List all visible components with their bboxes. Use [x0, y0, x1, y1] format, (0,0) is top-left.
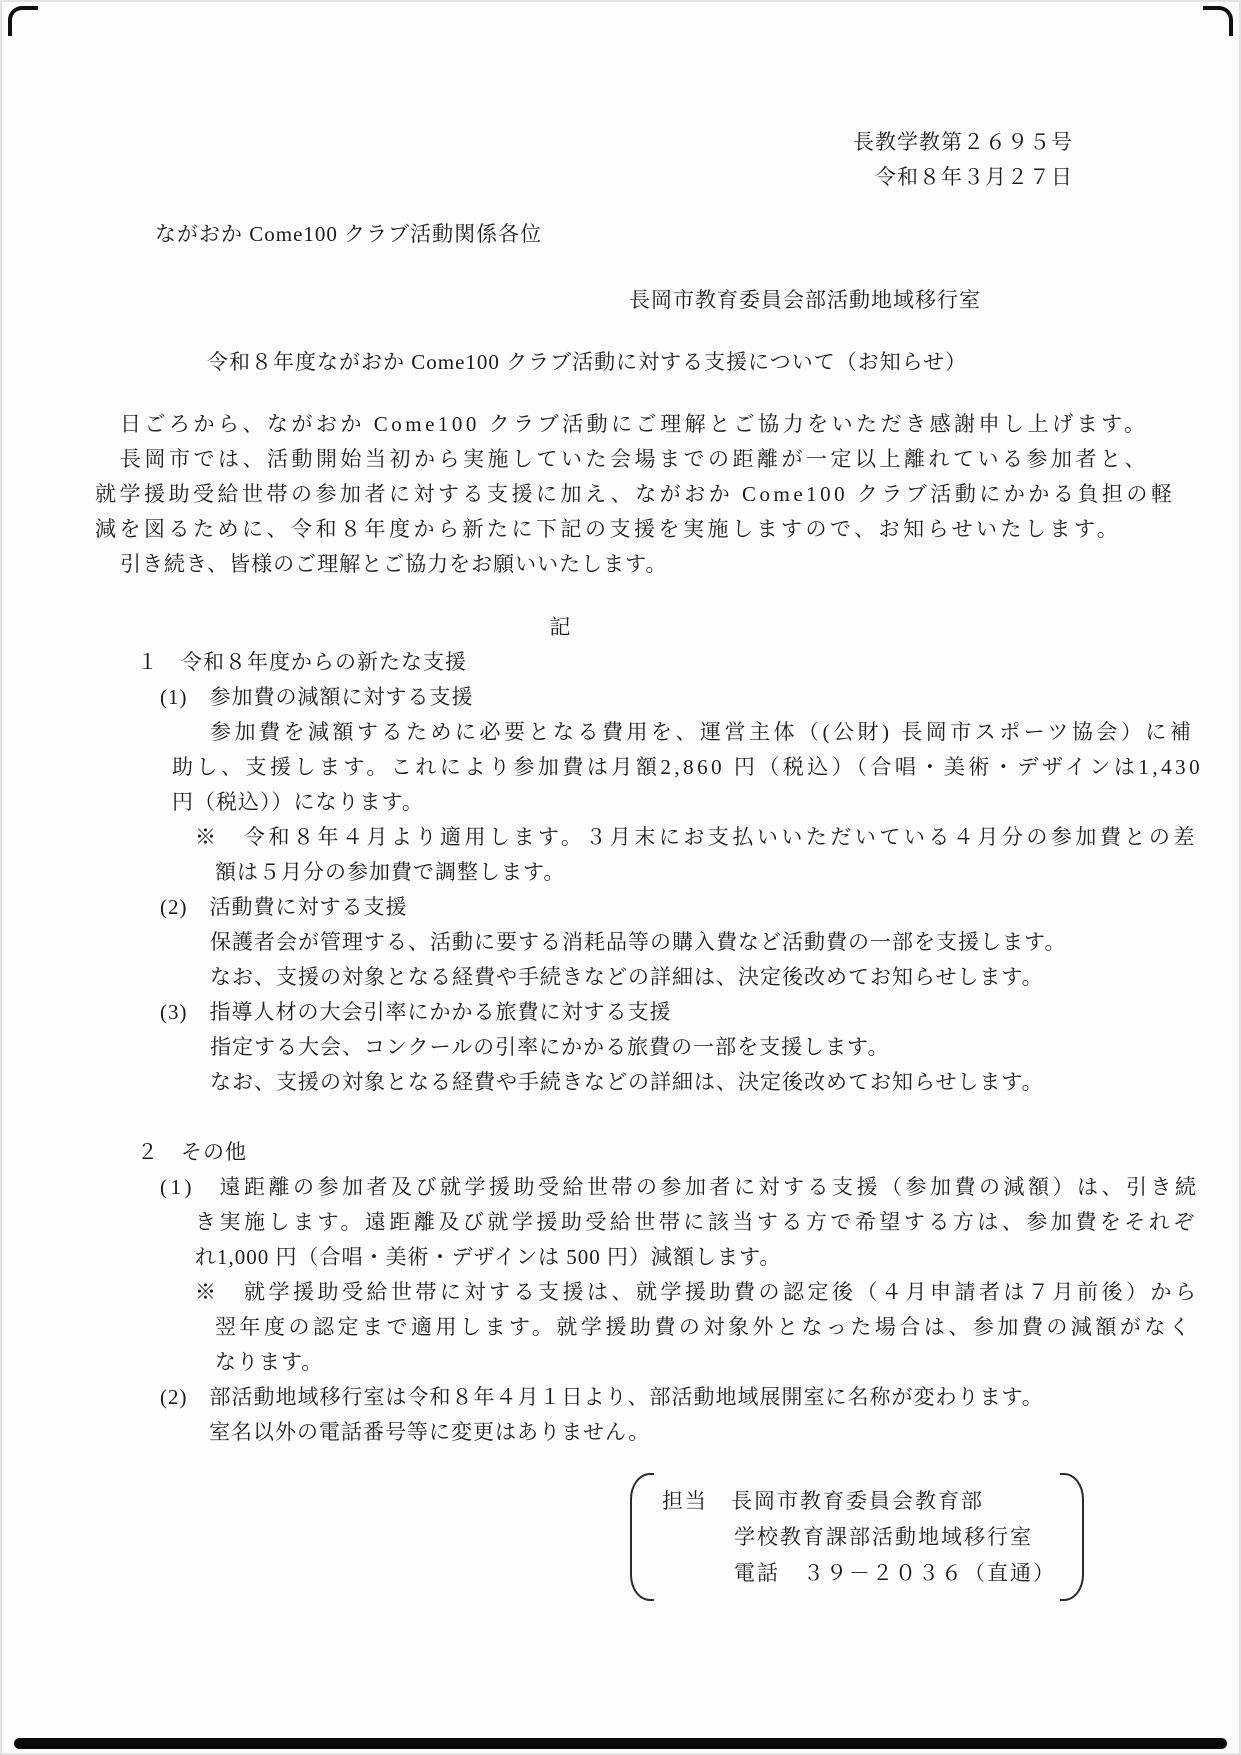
section2-item1-note: 翌年度の認定まで適用します。就学援助費の対象外となった場合は、参加費の減額がなく: [215, 1310, 1146, 1345]
section1-item1-heading: (1) 参加費の減額に対する支援: [160, 680, 1146, 715]
intro-line: 就学援助受給世帯の参加者に対する支援に加え、ながおか Come100 クラブ活動…: [95, 477, 1146, 512]
section1-item3-heading: (3) 指導人材の大会引率にかかる旅費に対する支援: [160, 995, 1146, 1030]
sender-line: 長岡市教育委員会部活動地域移行室: [95, 283, 1146, 318]
section1-item2-body: 保護者会が管理する、活動に要する消耗品等の購入費など活動費の一部を支援します。: [210, 925, 1146, 960]
section1-item3-body: なお、支援の対象となる経費や手続きなどの詳細は、決定後改めてお知らせします。: [210, 1065, 1146, 1100]
scan-bottom-edge: [14, 1738, 1227, 1749]
document-title: 令和８年度ながおか Come100 クラブ活動に対する支援について（お知らせ）: [207, 345, 1146, 380]
section2-item2-line: (2) 部活動地域移行室は令和８年４月１日より、部活動地域展開室に名称が変わりま…: [160, 1380, 1146, 1415]
doc-number: 長教学教第２６９５号: [95, 125, 1146, 160]
section1-item2-heading: (2) 活動費に対する支援: [160, 890, 1146, 925]
section2-heading: ２ その他: [137, 1135, 1146, 1170]
section1-item3-body: 指定する大会、コンクールの引率にかかる旅費の一部を支援します。: [210, 1030, 1146, 1065]
section1-heading: １ 令和８年度からの新たな支援: [137, 645, 1146, 680]
doc-date: 令和８年３月２７日: [95, 160, 1146, 195]
section2-item1-line: れ1,000 円（合唱・美術・デザインは 500 円）減額します。: [195, 1240, 1146, 1275]
section2-item2-line: 室名以外の電話番号等に変更はありません。: [209, 1415, 1146, 1450]
intro-line: 長岡市では、活動開始当初から実施していた会場までの距離が一定以上離れている参加者…: [120, 442, 1146, 477]
scan-corner-mark: [8, 6, 38, 36]
contact-line-department: 担当 長岡市教育委員会教育部: [662, 1483, 1056, 1519]
section2-item1-line: き実施します。遠距離及び就学援助受給世帯に該当する方で希望する方は、参加費をそれ…: [195, 1205, 1146, 1240]
document-content: 長教学教第２６９５号 令和８年３月２７日 ながおか Come100 クラブ活動関…: [95, 0, 1146, 1601]
intro-line: 減を図るために、令和８年度から新たに下記の支援を実施しますので、お知らせいたしま…: [95, 512, 1146, 547]
scan-corner-mark: [1203, 6, 1233, 36]
section1-item1-note: 額は５月分の参加費で調整します。: [215, 855, 1146, 890]
contact-line-phone: 電話 ３９－２０３６（直通）: [662, 1555, 1056, 1591]
intro-line: 日ごろから、ながおか Come100 クラブ活動にご理解とご協力をいただき感謝申…: [120, 407, 1146, 442]
section1-item2-body: なお、支援の対象となる経費や手続きなどの詳細は、決定後改めてお知らせします。: [210, 960, 1146, 995]
record-marker: 記: [95, 610, 1146, 645]
section1-item1-body: 円（税込））になります。: [172, 785, 1146, 820]
intro-line: 引き続き、皆様のご理解とご協力をお願いいたします。: [120, 547, 1146, 582]
contact-box-left-bracket: [630, 1473, 654, 1601]
section2-item1-note: なります。: [215, 1345, 1146, 1380]
contact-line-office: 学校教育課部活動地域移行室: [662, 1519, 1056, 1555]
recipient-line: ながおか Come100 クラブ活動関係各位: [155, 217, 1146, 252]
document-page: 長教学教第２６９５号 令和８年３月２７日 ながおか Come100 クラブ活動関…: [0, 0, 1241, 1755]
section1-item1-body: 参加費を減額するために必要となる費用を、運営主体（(公財) 長岡市スポーツ協会）…: [210, 715, 1146, 750]
section1-item1-note: ※ 令和８年４月より適用します。３月末にお支払いいただいている４月分の参加費との…: [195, 820, 1146, 855]
contact-box: 担当 長岡市教育委員会教育部 学校教育課部活動地域移行室 電話 ３９－２０３６（…: [630, 1473, 1002, 1601]
contact-box-right-bracket: [1060, 1473, 1084, 1601]
contact-body: 担当 長岡市教育委員会教育部 学校教育課部活動地域移行室 電話 ３９－２０３６（…: [654, 1473, 1060, 1601]
section1-item1-body: 助し、支援します。これにより参加費は月額2,860 円（税込）（合唱・美術・デザ…: [172, 750, 1146, 785]
section2-item1-note: ※ 就学援助受給世帯に対する支援は、就学援助費の認定後（４月申請者は７月前後）か…: [195, 1275, 1146, 1310]
section2-item1-line: (1) 遠距離の参加者及び就学援助受給世帯の参加者に対する支援（参加費の減額）は…: [160, 1170, 1146, 1205]
